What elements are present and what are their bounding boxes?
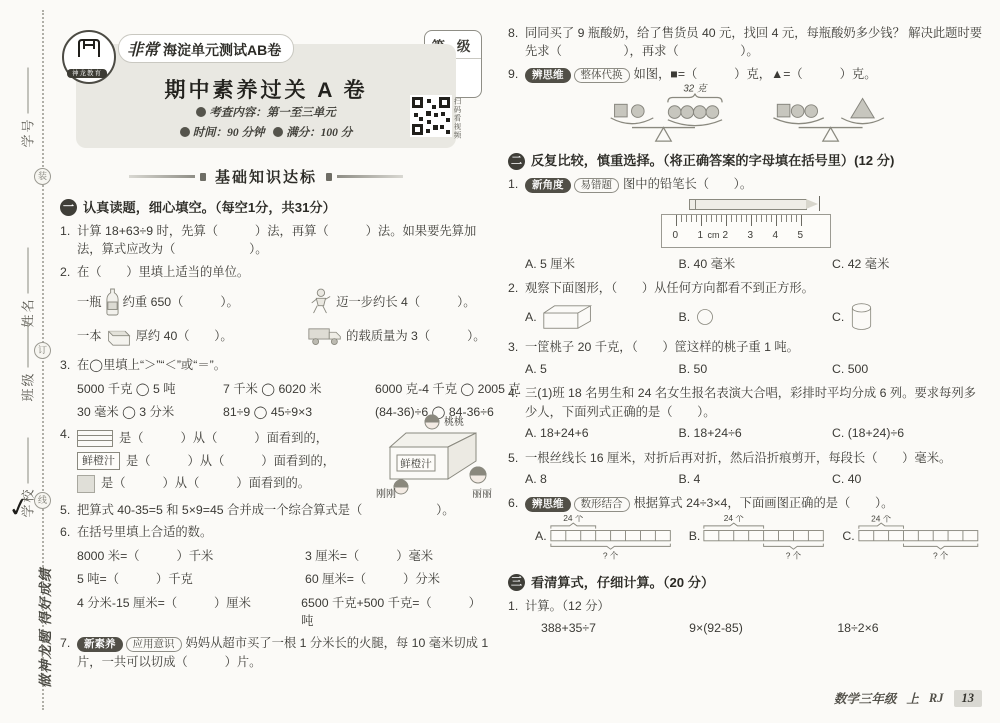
striped-rectangle-icon	[77, 430, 113, 447]
badge-application: 应用意识	[126, 637, 182, 652]
weight-label: 32 克	[683, 83, 707, 95]
qr-code: 扫码看视频	[410, 95, 452, 142]
question-number: 6.	[508, 494, 525, 560]
question-9: 9. 辨思维整体代换如图，■=（ ）克，▲=（ ）克。	[508, 65, 986, 145]
question-number: 2.	[60, 263, 77, 352]
page-footer: 数学三年级 上 RJ 13	[834, 689, 982, 707]
question-7: 7. 新素养应用意识妈妈从超市买了一根 1 分米长的火腿，每 10 毫米切成 1…	[60, 634, 490, 671]
kid-name-top: 桃桃	[444, 415, 464, 428]
options-row: A. 5 厘米 B. 40 毫米 C. 42 毫米	[525, 255, 986, 273]
page-number: 13	[954, 690, 983, 707]
ruler-cm-label: cm	[708, 229, 720, 243]
section1-number-badge: 一	[60, 199, 77, 216]
student-id-blank-line	[28, 68, 29, 114]
sphere-icon	[695, 307, 715, 327]
view-text: 是（ ）从（ ）面看到的，	[126, 452, 335, 470]
question-number: 1.	[60, 222, 77, 259]
question-number: 2.	[508, 279, 525, 334]
banner-ornament-right-icon	[326, 173, 332, 181]
clock-icon	[180, 127, 190, 137]
question-text: 根据算式 24÷3×4，下面画图正确的是（ ）。	[634, 496, 894, 510]
ruler-icon: 0 1 cm 2 3 4 5	[661, 214, 831, 248]
question-text: 在（ ）里填上适当的单位。	[77, 265, 249, 279]
question-6: 6. 在括号里填上合适的数。 8000 米=（ ）千米3 厘米=（ ）毫米 5 …	[60, 523, 490, 630]
ruler-tick-label: 5	[798, 228, 804, 243]
badge-error-prone: 易错题	[574, 178, 620, 193]
item-text: 一本	[77, 327, 102, 345]
item-text: 迈一步约长 4（ ）。	[336, 293, 475, 311]
exam-scope-line: 考查内容：第一至三单元	[76, 104, 456, 120]
qr-caption: 扫码看视频	[452, 97, 463, 140]
question-text: 如图，■=（ ）克，▲=（ ）克。	[634, 67, 877, 81]
right-page-content: 8. 同同买了 9 瓶酸奶，给了售货员 40 元，找回 4 元，每瓶酸奶多少钱？…	[508, 20, 986, 638]
question-number: 5.	[508, 449, 525, 491]
question-2: 2. 在（ ）里填上适当的单位。 一瓶 约重 650（ ）。 迈一步约长 4（ …	[60, 263, 490, 352]
option-c: C.	[832, 302, 986, 332]
question-text: 在◯里填上“＞”“＜”或“＝”。	[77, 358, 226, 372]
question-text: 同同买了 9 瓶酸奶，给了售货员 40 元，找回 4 元，每瓶酸奶多少钱？ 解决…	[525, 24, 986, 61]
series-banner: 非常海淀单元测试AB卷	[118, 34, 294, 63]
kid-name-left: 刚刚	[376, 487, 396, 500]
ruler-tick-label: 0	[673, 228, 679, 243]
option-b: B. 18+24÷6	[679, 424, 833, 442]
series-title: 海淀单元测试AB卷	[163, 42, 281, 58]
balance-scales-icon: 32 克	[591, 83, 921, 145]
compare-item: 5000 千克 ◯ 5 吨	[77, 380, 223, 398]
question-number: 8.	[508, 24, 525, 61]
view-text: 是（ ）从（ ）面看到的。	[101, 474, 310, 492]
convert-item: 60 厘米=（ ）分米	[305, 570, 440, 588]
juice-box-scene-icon: 鲜橙汁 桃桃 刚刚 丽丽	[376, 411, 496, 501]
view-line-3: 是（ ）从（ ）面看到的。	[77, 474, 362, 492]
compare-item: 6000 克-4 千克 ◯ 2005 克	[375, 380, 521, 398]
convert-row-3: 4 分米-15 厘米=（ ）厘米6500 千克+500 千克=（ ）吨	[77, 594, 490, 631]
question-text: 三(1)班 18 名男生和 24 名女生报名表演大合唱，彩排时平均分成 6 列。…	[525, 386, 976, 418]
ruler-tick-label: 1	[698, 228, 704, 243]
option-label: C.	[842, 527, 854, 545]
option-c: C. (18+24)÷6	[832, 424, 986, 442]
choice-question-3: 3. 一筐桃子 20 千克，（ ）筐这样的桃子重 1 吨。 A. 5 B. 50…	[508, 338, 986, 380]
student-id-field: 学号	[18, 53, 37, 163]
book-icon	[106, 326, 132, 347]
item-text: 一瓶	[77, 293, 102, 311]
question-number: 1.	[508, 175, 525, 275]
section3-title: 看清算式，仔细计算。（20 分）	[531, 573, 714, 593]
shape-options-row: A. B. C.	[525, 302, 986, 332]
slogan-text: 做神龙题 得好成绩	[34, 528, 54, 688]
question-text: 计算。（12 分）	[525, 599, 610, 613]
bar-bottom-label: ? 个	[786, 550, 802, 560]
bar-diagram-a-icon: 24 个 ? 个	[549, 515, 689, 561]
question-text: 计算 18+63÷9 时，先算（ ）法，再算（ ）法。如果要先算加法，算式应改为…	[77, 222, 490, 259]
item-text: 的载质量为 3（ ）。	[346, 327, 485, 345]
kid-name-right: 丽丽	[472, 488, 492, 500]
convert-item: 6500 千克+500 千克=（ ）吨	[301, 594, 490, 631]
badge-thinking: 辨思维	[525, 68, 571, 83]
convert-row-1: 8000 米=（ ）千米3 厘米=（ ）毫米	[77, 547, 490, 565]
bar-bottom-label: ? 个	[933, 550, 949, 560]
choice-question-2: 2. 观察下面图形，（ ）从任何方向都看不到正方形。 A. B. C.	[508, 279, 986, 334]
banner-line-right	[337, 175, 403, 178]
magnifier-icon	[196, 107, 206, 117]
truck-icon	[308, 326, 342, 347]
paper-title: 期中素养过关 A 卷	[76, 74, 456, 104]
question-number: 9.	[508, 65, 525, 145]
option-c: C. 500	[832, 360, 986, 378]
question-number: 3.	[60, 356, 77, 421]
compare-row-1: 5000 千克 ◯ 5 吨 7 千米 ◯ 6020 米 6000 克-4 千克 …	[77, 380, 490, 398]
worksheet-sheet: 学号 姓名 班级 学校 装 订 线 ✓ 做神龙题 得好成绩 等 级 神龙教育 非…	[0, 0, 1000, 723]
option-a: A. 5 厘米	[525, 255, 679, 273]
ruler-tick-label: 3	[748, 228, 754, 243]
badge-new-angle: 新角度	[525, 178, 571, 193]
option-a: A. 24 个 ? 个	[535, 515, 689, 561]
option-c: C. 40	[832, 470, 986, 488]
question-text: 一根丝线长 16 厘米，对折后再对折，然后沿折痕剪开，每段长（ ）毫米。	[525, 451, 951, 465]
option-a: A. 18+24+6	[525, 424, 679, 442]
bar-top-label: 24 个	[871, 515, 892, 523]
section-banner: 基础知识达标	[76, 166, 456, 187]
unit-item-book: 一本 厚约 40（ ）。	[77, 326, 304, 347]
time-score-line: 时间：90 分钟 满分：100 分	[76, 124, 456, 140]
badge-substitution: 整体代换	[574, 68, 630, 83]
banner-line-left	[129, 175, 195, 178]
left-page-content: 一 认真读题，细心填空。（每空1分，共31分） 1. 计算 18+63÷9 时，…	[60, 192, 490, 671]
expression-row: 388+35÷7 9×(92-85) 18÷2×6	[541, 619, 986, 637]
option-b: B. 24 个 ? 个	[689, 515, 843, 561]
option-a: A. 8	[525, 470, 679, 488]
bar-top-label: 24 个	[724, 515, 745, 523]
choice-question-1: 1. 新角度易错题图中的铅笔长（ ）。 0 1 cm 2 3 4	[508, 175, 986, 275]
binding-mark-zhuang: 装	[34, 168, 51, 185]
compare-item: 30 毫米 ◯ 3 分米	[77, 403, 223, 421]
expression-2: 9×(92-85)	[689, 619, 837, 637]
footer-volume: 上	[906, 689, 919, 707]
unit-item-bottle: 一瓶 约重 650（ ）。	[77, 288, 304, 316]
brand-script: 非常	[127, 42, 159, 59]
option-c: C. 24 个 ? 个	[842, 515, 996, 561]
section1-title: 认真读题，细心填空。（每空1分，共31分）	[83, 198, 336, 218]
student-id-label: 学号	[21, 118, 36, 148]
bar-top-label: 24 个	[563, 515, 584, 523]
option-label: C.	[832, 308, 844, 326]
pencil-tip-mark	[819, 196, 820, 211]
choice-question-5: 5. 一根丝线长 16 厘米，对折后再对折，然后沿折痕剪开，每段长（ ）毫米。 …	[508, 449, 986, 491]
expression-3: 18÷2×6	[837, 619, 985, 637]
option-label: B.	[679, 308, 691, 326]
class-blank-line	[28, 322, 29, 368]
view-line-1: 是（ ）从（ ）面看到的，	[77, 429, 362, 447]
question-text: 图中的铅笔长（ ）。	[623, 177, 752, 191]
bar-diagram-b-icon: 24 个 ? 个	[702, 515, 842, 561]
check-circle-icon	[273, 127, 283, 137]
section2-header: 二 反复比较，慎重选择。（将正确答案的字母填在括号里）(12 分)	[508, 151, 986, 171]
balance-scales-figure: 32 克	[525, 83, 986, 145]
banner-ornament-left-icon	[200, 173, 206, 181]
question-number: 4.	[60, 425, 77, 496]
convert-row-2: 5 吨=（ ）千克60 厘米=（ ）分米	[77, 570, 490, 588]
expression-1: 388+35÷7	[541, 619, 689, 637]
option-b: B. 40 毫米	[679, 255, 833, 273]
question-number: 3.	[508, 338, 525, 380]
cylinder-icon	[849, 302, 874, 332]
unit-items: 一瓶 约重 650（ ）。 迈一步约长 4（ ）。 一本 厚约 40（ ）。	[77, 283, 490, 352]
choice-question-4: 4. 三(1)班 18 名男生和 24 名女生报名表演大合唱，彩排时平均分成 6…	[508, 384, 986, 444]
options-row: A. 5 B. 50 C. 500	[525, 360, 986, 378]
question-number: 1.	[508, 597, 525, 638]
question-number: 7.	[60, 634, 77, 671]
juice-label-text: 鲜橙汁	[400, 457, 432, 470]
bottle-icon	[106, 288, 119, 316]
gray-square-icon	[77, 475, 95, 493]
badge-new-literacy: 新素养	[77, 637, 123, 652]
view-text: 是（ ）从（ ）面看到的，	[119, 429, 328, 447]
calc-question-1: 1. 计算。（12 分） 388+35÷7 9×(92-85) 18÷2×6	[508, 597, 986, 638]
question-1: 1. 计算 18+63÷9 时，先算（ ）法，再算（ ）法。如果要先算加法，算式…	[60, 222, 490, 259]
paper-header: 神龙教育 非常海淀单元测试AB卷 期中素养过关 A 卷 考查内容：第一至三单元 …	[76, 44, 456, 148]
option-c: C. 42 毫米	[832, 255, 986, 273]
option-b: B. 50	[679, 360, 833, 378]
option-a: A.	[525, 302, 679, 332]
question-8: 8. 同同买了 9 瓶酸奶，给了售货员 40 元，找回 4 元，每瓶酸奶多少钱？…	[508, 24, 986, 61]
binding-mark-xian: 线	[34, 492, 51, 509]
section1-header: 一 认真读题，细心填空。（每空1分，共31分）	[60, 198, 490, 218]
pencil-ruler-figure: 0 1 cm 2 3 4 5	[661, 196, 851, 252]
convert-item: 5 吨=（ ）千克	[77, 570, 305, 588]
item-text: 厚约 40（ ）。	[136, 327, 233, 345]
ruler-tick-label: 4	[773, 228, 779, 243]
question-text: 在括号里填上合适的数。	[77, 525, 212, 539]
exam-score: 满分：100 分	[286, 127, 352, 139]
options-row: A. 8 B. 4 C. 40	[525, 470, 986, 488]
section3-header: 三 看清算式，仔细计算。（20 分）	[508, 573, 986, 593]
binding-mark-ding: 订	[34, 342, 51, 359]
option-label: B.	[689, 527, 701, 545]
question-4: 4. 是（ ）从（ ）面看到的， 鲜橙汁是（ ）从（ ）面看到的， 是（ ）从（…	[60, 425, 490, 496]
question-text: 一筐桃子 20 千克，（ ）筐这样的桃子重 1 吨。	[525, 340, 799, 354]
school-blank-line	[28, 438, 29, 484]
badge-thinking: 辨思维	[525, 497, 571, 512]
item-text: 约重 650（ ）。	[123, 293, 239, 311]
view-line-2: 鲜橙汁是（ ）从（ ）面看到的，	[77, 452, 362, 471]
section3-number-badge: 三	[508, 574, 525, 591]
footer-book-title: 数学三年级	[834, 689, 897, 707]
convert-item: 8000 米=（ ）千米	[77, 547, 305, 565]
running-girl-icon	[308, 288, 332, 316]
bar-diagram-options: A. 24 个 ? 个 B.	[535, 515, 997, 561]
badge-number-shape: 数形结合	[574, 497, 630, 512]
banner-title: 基础知识达标	[215, 166, 317, 187]
option-b: B. 4	[679, 470, 833, 488]
exam-scope: 考查内容：第一至三单元	[209, 107, 336, 119]
ruler-tick-label: 2	[723, 228, 729, 243]
option-a: A. 5	[525, 360, 679, 378]
unit-item-step: 迈一步约长 4（ ）。	[304, 288, 490, 316]
question-number: 5.	[60, 501, 77, 519]
question-text: 观察下面图形，（ ）从任何方向都看不到正方形。	[525, 281, 814, 295]
qr-code-icon	[410, 95, 452, 137]
dragon-gate-icon	[76, 37, 102, 59]
question-number: 4.	[508, 384, 525, 444]
convert-item: 4 分米-15 厘米=（ ）厘米	[77, 594, 301, 631]
option-label: A.	[535, 527, 547, 545]
footer-edition: RJ	[929, 691, 944, 706]
section2-title: 反复比较，慎重选择。（将正确答案的字母填在括号里）(12 分)	[531, 151, 894, 171]
cuboid-icon	[542, 304, 594, 331]
compare-item: 7 千米 ◯ 6020 米	[223, 380, 375, 398]
convert-item: 3 厘米=（ ）毫米	[305, 547, 433, 565]
option-label: A.	[525, 308, 537, 326]
bar-diagram-c-icon: 24 个 ? 个	[857, 515, 996, 561]
question-number: 6.	[60, 523, 77, 630]
section2-number-badge: 二	[508, 153, 525, 170]
ruler-major-ticks	[676, 215, 803, 226]
option-b: B.	[679, 302, 833, 332]
compare-item: 81÷9 ◯ 45÷9×3	[223, 403, 375, 421]
choice-question-6: 6. 辨思维数形结合根据算式 24÷3×4，下面画图正确的是（ ）。 A.	[508, 494, 986, 560]
name-blank-line	[28, 248, 29, 294]
unit-item-truck: 的载质量为 3（ ）。	[304, 326, 490, 347]
juice-box-illustration: 鲜橙汁 桃桃 刚刚 丽丽	[376, 411, 496, 506]
pencil-icon	[689, 199, 807, 210]
class-field: 班级	[18, 307, 37, 417]
class-label: 班级	[21, 372, 36, 402]
exam-time: 时间：90 分钟	[193, 127, 265, 139]
bar-bottom-label: ? 个	[603, 550, 619, 560]
options-row: A. 18+24+6 B. 18+24÷6 C. (18+24)÷6	[525, 424, 986, 442]
juice-front-label: 鲜橙汁	[77, 452, 120, 471]
